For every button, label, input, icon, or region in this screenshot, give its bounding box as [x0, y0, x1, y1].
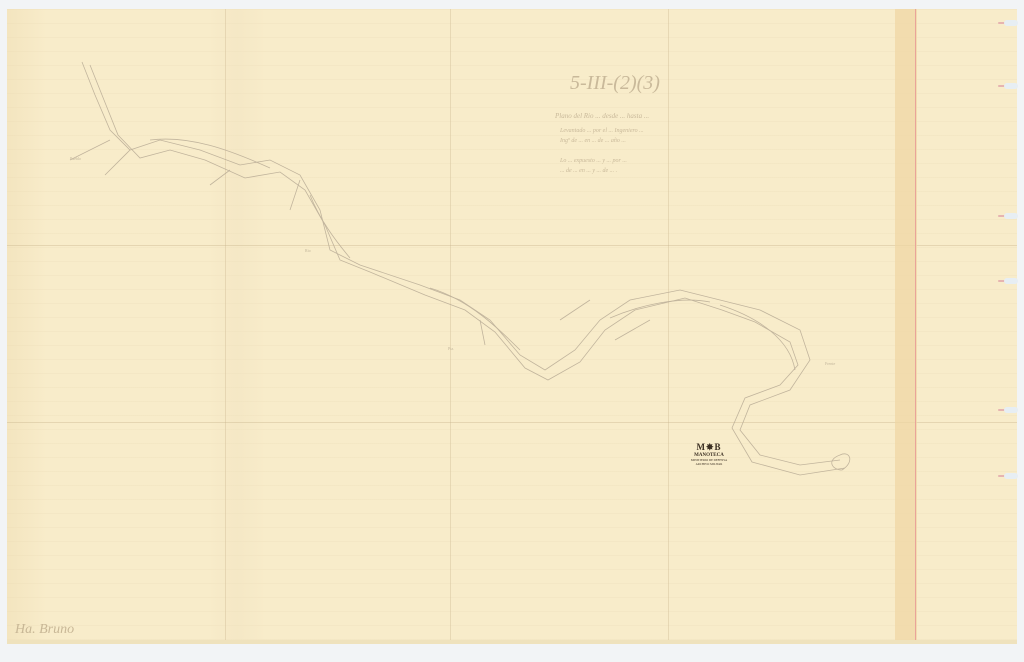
- place-label: Frente: [825, 361, 835, 366]
- stamp-mark: M✸B: [690, 442, 728, 453]
- signature: Ha. Bruno: [15, 622, 74, 638]
- place-label: Rio: [305, 248, 311, 253]
- place-label: Pueblo: [70, 156, 81, 161]
- place-label: Pta.: [448, 346, 454, 351]
- river-drawing: Pueblo Rio Pta. Frente: [0, 0, 1024, 662]
- archive-stamp: M✸B MANOTECA MINISTERIO DE DEFENSA ARCHI…: [690, 442, 728, 466]
- stamp-subtitle: ARCHIVO MILITAR: [690, 462, 728, 466]
